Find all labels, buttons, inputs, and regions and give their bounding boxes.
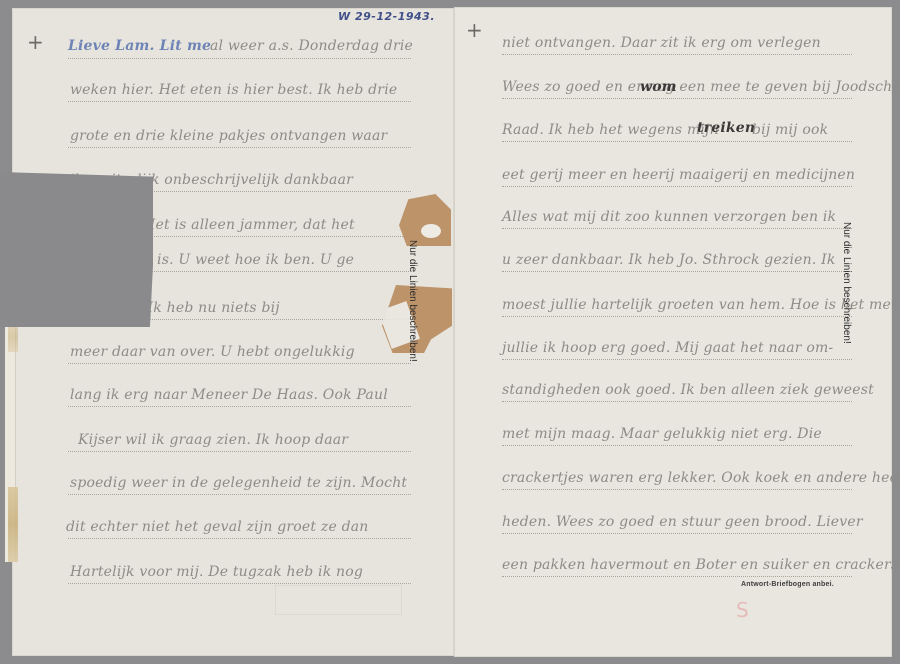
handwritten-line: moest jullie hartelijk groeten van hem. …	[502, 297, 897, 313]
handwritten-line: Hartelijk voor mij. De tugzak heb ik nog	[70, 564, 363, 580]
date-stamp: W 29-12-1943.	[338, 10, 435, 23]
cross-mark: +	[466, 20, 483, 40]
handwritten-line: niet ontvangen. Daar zit ik erg om verle…	[502, 35, 821, 51]
handwritten-line: crackertjes waren erg lekker. Ook koek e…	[502, 470, 900, 486]
handwritten-line: weken hier. Het eten is hier best. Ik he…	[70, 82, 397, 98]
handwritten-line: dit echter niet het geval zijn groet ze …	[66, 519, 369, 535]
overwritten-word: treiken	[697, 120, 755, 136]
salutation: Lieve Lam. Lit me	[68, 38, 211, 54]
handwritten-line: bij mij ook	[752, 122, 828, 138]
handwritten-line: heden. Wees zo goed en stuur geen brood.…	[502, 514, 863, 530]
red-stamp-mark: S	[736, 598, 749, 622]
handwritten-line: jullie ik hoop erg goed. Mij gaat het na…	[502, 340, 833, 356]
handwritten-line: Alles wat mij dit zoo kunnen verzorgen b…	[502, 209, 836, 225]
missing-paper-area	[0, 172, 153, 327]
handwritten-line: een pakken havermout en Boter en suiker …	[502, 557, 898, 573]
vertical-instruction-right: Nur die Linien beschreiben!	[841, 222, 852, 382]
handwritten-line: u zeer dankbaar. Ik heb Jo. Sthrock gezi…	[502, 252, 836, 268]
handwritten-line: lang ik erg naar Meneer De Haas. Ook Pau…	[70, 387, 388, 403]
handwritten-line: Wees zo goed en er nog een mee te geven …	[502, 79, 900, 95]
handwritten-line: spoedig weer in de gelegenheid te zijn. …	[70, 475, 407, 491]
printed-footer: Antwort-Briefbogen anbei.	[741, 581, 834, 588]
cross-mark: +	[27, 32, 44, 52]
handwritten-line: met mijn maag. Maar gelukkig niet erg. D…	[502, 426, 822, 442]
overwritten-word: wom	[640, 79, 677, 95]
handwritten-line: standigheden ook goed. Ik ben alleen zie…	[502, 382, 874, 398]
tape-residue	[8, 487, 18, 562]
center-fold	[454, 8, 456, 656]
handwritten-line: meer daar van over. U hebt ongelukkig	[70, 344, 355, 360]
handwritten-line: grote en drie kleine pakjes ontvangen wa…	[70, 128, 387, 144]
vertical-instruction-left: Nur die Linien beschreiben!	[407, 240, 418, 380]
faint-box	[275, 585, 402, 615]
handwritten-line: Kijser wil ik graag zien. Ik hoop daar	[78, 432, 348, 448]
handwritten-line: al weer a.s. Donderdag drie	[210, 38, 413, 54]
handwritten-line: eet gerij meer en heerij maaigerij en me…	[502, 167, 855, 183]
handwritten-line: Raad. Ik heb het wegens mijn	[502, 122, 719, 138]
